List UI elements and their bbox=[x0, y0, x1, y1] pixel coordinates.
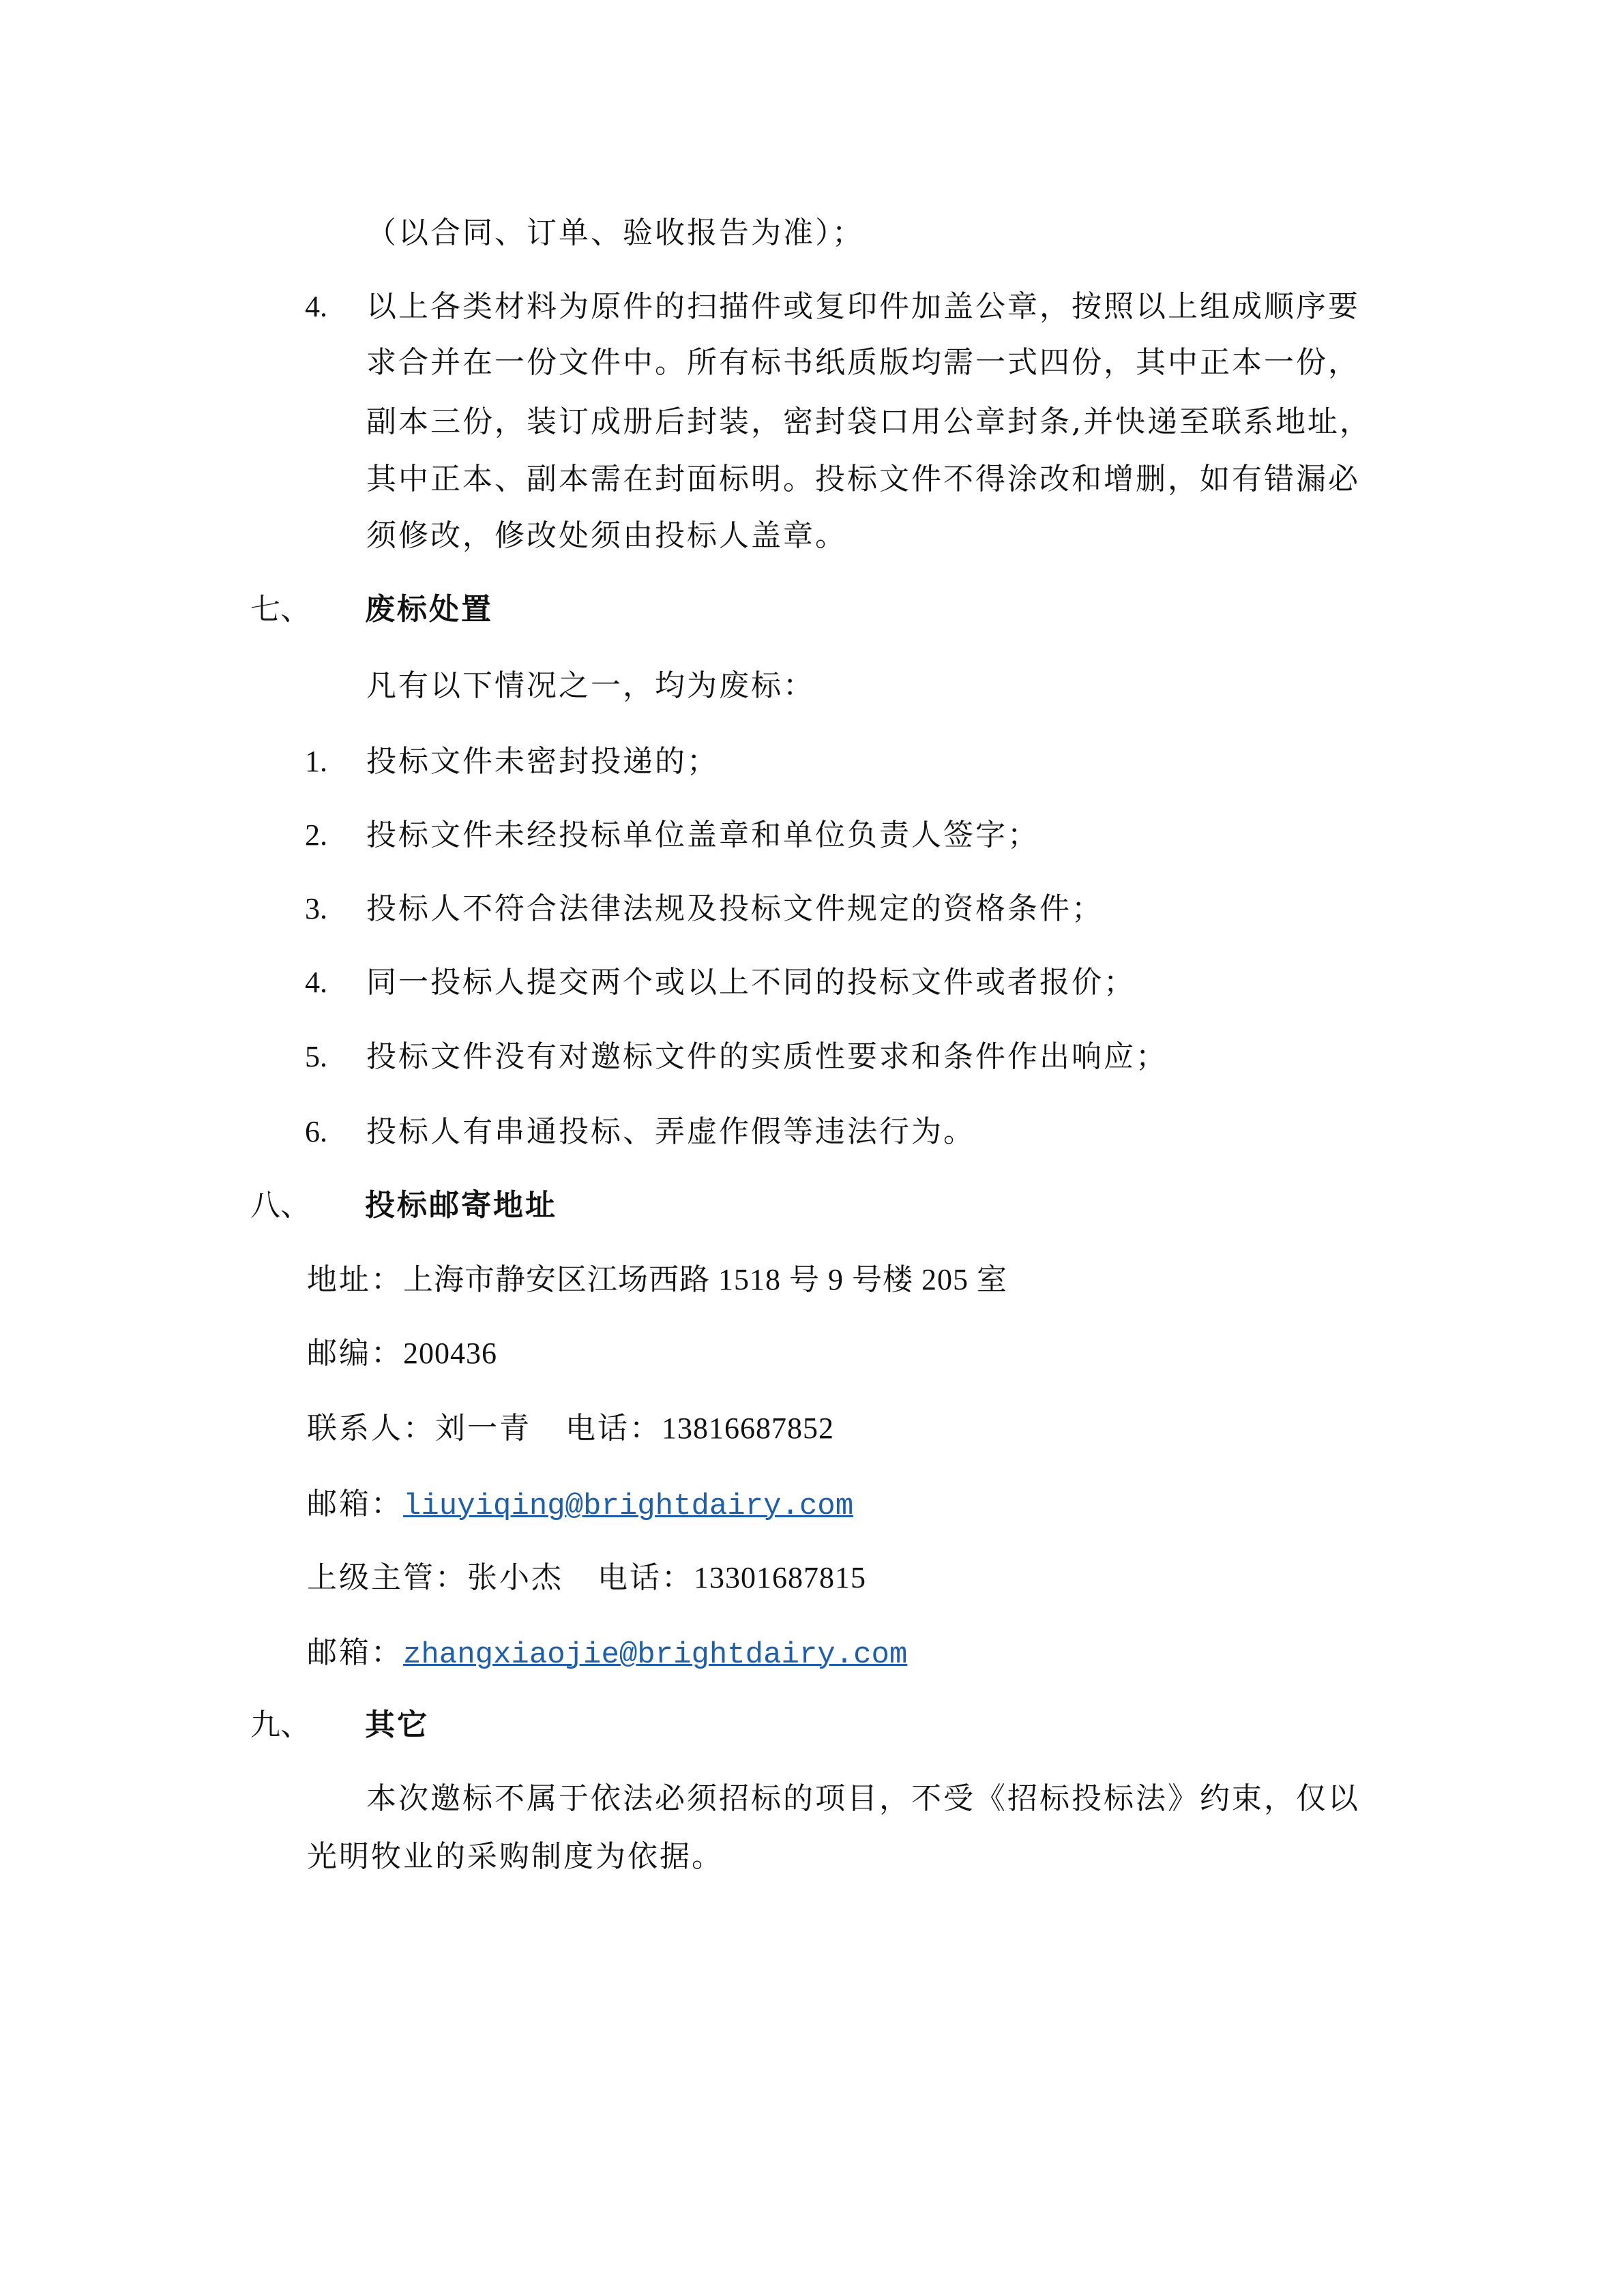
contact-email-link[interactable]: liuyiqing@brightdairy.com bbox=[403, 1489, 853, 1523]
s7-item-3-number: 3. bbox=[305, 889, 327, 929]
s7-item-2-text: 投标文件未经投标单位盖章和单位负责人签字； bbox=[366, 815, 1039, 856]
contact-email-label: 邮箱： bbox=[307, 1487, 403, 1521]
contact-label: 联系人： bbox=[307, 1411, 435, 1446]
supervisor-email-link[interactable]: zhangxiaojie@brightdairy.com bbox=[403, 1638, 907, 1672]
s7-item-1-number: 1. bbox=[305, 741, 327, 782]
address-row: 地址：上海市静安区江场西路 1518 号 9 号楼 205 室 bbox=[307, 1259, 1007, 1300]
s7-item-3-text: 投标人不符合法律法规及投标文件规定的资格条件； bbox=[366, 889, 1104, 929]
supervisor-name: 张小杰 bbox=[467, 1560, 563, 1595]
contact-phone-label: 电话： bbox=[565, 1411, 662, 1446]
s7-item-1-text: 投标文件未密封投递的； bbox=[366, 741, 719, 782]
postcode-label: 邮编： bbox=[307, 1336, 403, 1371]
s7-item-5-number: 5. bbox=[305, 1037, 327, 1077]
section-8-title: 投标邮寄地址 bbox=[365, 1185, 557, 1226]
postcode-value: 200436 bbox=[403, 1337, 497, 1370]
postcode-row: 邮编：200436 bbox=[307, 1333, 497, 1374]
item-4-line-4: 其中正本、副本需在封面标明。投标文件不得涂改和增删，如有错漏必 bbox=[366, 459, 1360, 500]
s7-item-6-text: 投标人有串通投标、弄虚作假等违法行为。 bbox=[366, 1112, 975, 1152]
item-3-tail: （以合同、订单、验收报告为准）； bbox=[366, 213, 864, 254]
s7-item-4-text: 同一投标人提交两个或以上不同的投标文件或者报价； bbox=[366, 962, 1136, 1003]
contact-email-row: 邮箱：liuyiqing@brightdairy.com bbox=[307, 1484, 853, 1527]
supervisor-label: 上级主管： bbox=[307, 1560, 467, 1595]
supervisor-email-label: 邮箱： bbox=[307, 1635, 403, 1670]
supervisor-phone: 13301687815 bbox=[694, 1561, 866, 1594]
supervisor-row: 上级主管：张小杰电话：13301687815 bbox=[307, 1557, 866, 1598]
section-8-number: 八、 bbox=[250, 1185, 310, 1226]
supervisor-email-row: 邮箱：zhangxiaojie@brightdairy.com bbox=[307, 1632, 907, 1675]
item-4-number: 4. bbox=[305, 286, 327, 327]
section-9-line-1: 本次邀标不属于依法必须招标的项目，不受《招标投标法》约束，仅以 bbox=[366, 1778, 1360, 1819]
s7-item-4-number: 4. bbox=[305, 962, 327, 1003]
item-4-line-5: 须修改，修改处须由投标人盖章。 bbox=[366, 516, 847, 556]
s7-item-6-number: 6. bbox=[305, 1112, 327, 1152]
section-9-title: 其它 bbox=[365, 1705, 429, 1746]
address-value: 上海市静安区江场西路 1518 号 9 号楼 205 室 bbox=[403, 1263, 1007, 1296]
s7-item-5-text: 投标文件没有对邀标文件的实质性要求和条件作出响应； bbox=[366, 1037, 1168, 1077]
s7-item-2-number: 2. bbox=[305, 815, 327, 856]
section-9-line-2: 光明牧业的采购制度为依据。 bbox=[307, 1836, 724, 1877]
supervisor-phone-label: 电话： bbox=[597, 1560, 694, 1595]
section-7-title: 废标处置 bbox=[365, 589, 493, 630]
item-4-line-1: 以上各类材料为原件的扫描件或复印件加盖公章，按照以上组成顺序要 bbox=[366, 286, 1360, 327]
contact-row: 联系人：刘一青电话：13816687852 bbox=[307, 1408, 834, 1449]
address-label: 地址： bbox=[307, 1262, 403, 1297]
contact-name: 刘一青 bbox=[435, 1411, 531, 1446]
section-9-number: 九、 bbox=[250, 1705, 310, 1746]
item-4-line-3: 副本三份，装订成册后封装，密封袋口用公章封条,并快递至联系地址， bbox=[366, 402, 1372, 443]
section-7-number: 七、 bbox=[250, 589, 310, 630]
section-7-intro: 凡有以下情况之一，均为废标： bbox=[366, 666, 815, 706]
contact-phone: 13816687852 bbox=[662, 1412, 834, 1445]
item-4-line-2: 求合并在一份文件中。所有标书纸质版均需一式四份，其中正本一份， bbox=[366, 342, 1360, 383]
